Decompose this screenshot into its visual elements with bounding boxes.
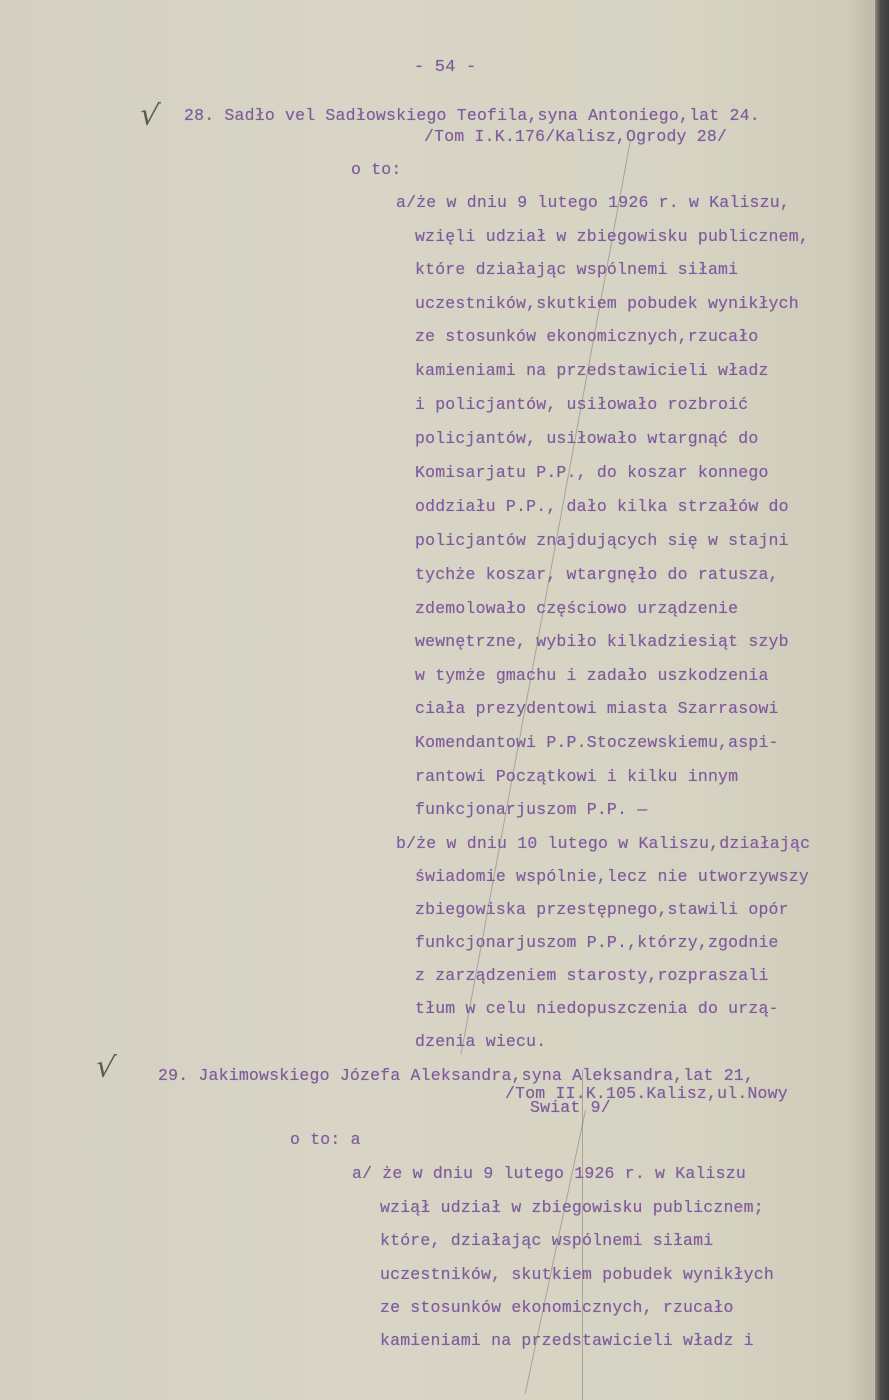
- entry-28-line: świadomie wspólnie,lecz nie utworzywszy: [415, 867, 809, 886]
- entry-28-line: ze stosunków ekonomicznych,rzucało: [415, 327, 758, 346]
- page-number: - 54 -: [414, 58, 476, 77]
- entry-29-line: które, działając wspólnemi siłami: [380, 1231, 713, 1250]
- entry-28-o-to: o to:: [351, 160, 402, 179]
- entry-28-line: kamieniami na przedstawicieli władz: [415, 361, 769, 380]
- entry-29-line: ze stosunków ekonomicznych, rzucało: [380, 1298, 734, 1317]
- entry-28-line: z zarządzeniem starosty,rozpraszali: [415, 966, 769, 985]
- entry-28-address: /Tom I.K.176/Kalisz,Ogrody 28/: [424, 127, 727, 146]
- check-mark-icon: √: [94, 1049, 118, 1086]
- entry-28-line: zdemolowało częściowo urządzenie: [415, 599, 738, 618]
- entry-28-line: tychże koszar, wtargnęło do ratusza,: [415, 565, 779, 584]
- entry-28-line: rantowi Początkowi i kilku innym: [415, 767, 738, 786]
- entry-28-line: policjantów znajdujących się w stajni: [415, 531, 789, 550]
- entry-28-line: b/że w dniu 10 lutego w Kaliszu,działają…: [396, 834, 810, 853]
- entry-28-line: wewnętrzne, wybiło kilkadziesiąt szyb: [415, 632, 789, 651]
- entry-28-header: 28. Sadło vel Sadłowskiego Teofila,syna …: [184, 106, 760, 125]
- pencil-stroke: [525, 1110, 586, 1394]
- entry-28-line: funkcjonarjuszom P.P. —: [415, 800, 647, 819]
- entry-29-line: a/ że w dniu 9 lutego 1926 r. w Kaliszu: [352, 1164, 746, 1183]
- entry-29-address-cont: Swiat 9/: [530, 1098, 611, 1117]
- check-mark-icon: √: [138, 97, 162, 134]
- entry-29-o-to: o to: a: [290, 1130, 361, 1149]
- entry-28-line: w tymże gmachu i zadało uszkodzenia: [415, 666, 769, 685]
- entry-28-line: a/że w dniu 9 lutego 1926 r. w Kaliszu,: [396, 193, 790, 212]
- pencil-stroke: [582, 1070, 583, 1400]
- entry-29-line: uczestników, skutkiem pobudek wynikłych: [380, 1265, 774, 1284]
- entry-28-line: oddziału P.P., dało kilka strzałów do: [415, 497, 789, 516]
- entry-28-line: zbiegowiska przestępnego,stawili opór: [415, 900, 789, 919]
- entry-28-line: uczestników,skutkiem pobudek wynikłych: [415, 294, 799, 313]
- entry-28-line: dzenia wiecu.: [415, 1032, 546, 1051]
- binding-edge: [875, 0, 889, 1400]
- entry-29-line: wziął udział w zbiegowisku publicznem;: [380, 1198, 764, 1217]
- document-page: - 54 - √ 28. Sadło vel Sadłowskiego Teof…: [0, 0, 875, 1400]
- entry-28-line: które działając wspólnemi siłami: [415, 260, 738, 279]
- entry-29-header: 29. Jakimowskiego Józefa Aleksandra,syna…: [158, 1066, 754, 1085]
- entry-28-line: Komisarjatu P.P., do koszar konnego: [415, 463, 769, 482]
- entry-28-line: ciała prezydentowi miasta Szarrasowi: [415, 699, 779, 718]
- entry-29-line: kamieniami na przedstawicieli władz i: [380, 1331, 754, 1350]
- entry-28-line: Komendantowi P.P.Stoczewskiemu,aspi-: [415, 733, 779, 752]
- entry-28-line: policjantów, usiłowało wtargnąć do: [415, 429, 758, 448]
- entry-28-line: funkcjonarjuszom P.P.,którzy,zgodnie: [415, 933, 779, 952]
